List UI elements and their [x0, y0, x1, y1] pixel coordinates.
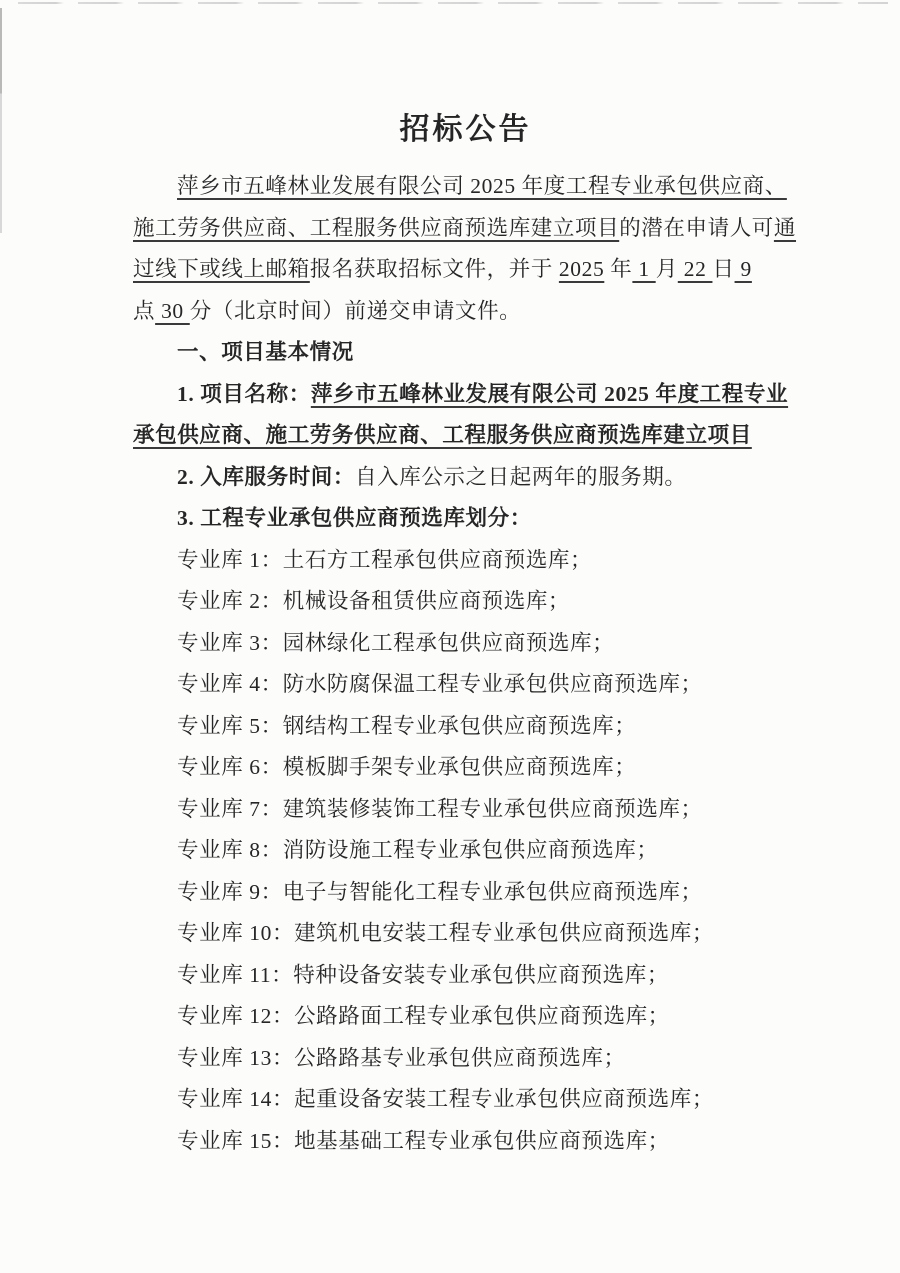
underlined-year-value: 2025	[559, 257, 604, 281]
page-title: 招标公告	[133, 108, 798, 152]
day-label: 日	[712, 257, 734, 281]
underlined-text: 通	[774, 216, 796, 240]
underlined-month-value: 1	[632, 257, 655, 281]
plain-text: 的潜在申请人可	[619, 216, 774, 240]
library-item: 专业库 10：建筑机电安装工程专业承包供应商预选库；	[133, 913, 798, 955]
underlined-day-value: 22	[678, 257, 713, 281]
month-label: 月	[656, 257, 678, 281]
library-item: 专业库 13：公路路基专业承包供应商预选库；	[133, 1038, 798, 1080]
intro-line-2: 施工劳务供应商、工程服务供应商预选库建立项目的潜在申请人可通	[133, 208, 798, 250]
year-label: 年	[604, 257, 632, 281]
underlined-hour-value: 9	[735, 257, 752, 281]
library-item: 专业库 5：钢结构工程专业承包供应商预选库；	[133, 706, 798, 748]
plain-text: 分（北京时间）前递交申请文件。	[190, 299, 522, 323]
item-label: 2. 入库服务时间：	[177, 465, 355, 489]
intro-line-1: 萍乡市五峰林业发展有限公司 2025 年度工程专业承包供应商、	[133, 166, 798, 208]
library-item: 专业库 14：起重设备安装工程专业承包供应商预选库；	[133, 1079, 798, 1121]
intro-line-3: 过线下或线上邮箱报名获取招标文件，并于 2025 年 1 月 22 日 9	[133, 249, 798, 291]
plain-text: 报名获取招标文件，并于	[310, 257, 559, 281]
library-item: 专业库 8：消防设施工程专业承包供应商预选库；	[133, 830, 798, 872]
section-heading: 一、项目基本情况	[133, 332, 798, 374]
library-item: 专业库 12：公路路面工程专业承包供应商预选库；	[133, 996, 798, 1038]
library-item: 专业库 4：防水防腐保温工程专业承包供应商预选库；	[133, 664, 798, 706]
document-content: 招标公告 萍乡市五峰林业发展有限公司 2025 年度工程专业承包供应商、 施工劳…	[133, 108, 798, 1162]
underlined-project-text: 萍乡市五峰林业发展有限公司 2025 年度工程专业承包供应商、	[177, 174, 787, 198]
underlined-project-name: 萍乡市五峰林业发展有限公司 2025 年度工程专业	[311, 382, 788, 406]
library-item: 专业库 2：机械设备租赁供应商预选库；	[133, 581, 798, 623]
scan-artifact-left-edge	[0, 8, 2, 233]
underlined-project-text: 施工劳务供应商、工程服务供应商预选库建立项目	[133, 216, 619, 240]
underlined-project-name: 承包供应商、施工劳务供应商、工程服务供应商预选库建立项目	[133, 423, 752, 447]
library-item: 专业库 1：土石方工程承包供应商预选库；	[133, 540, 798, 582]
item-project-name-line-1: 1. 项目名称：萍乡市五峰林业发展有限公司 2025 年度工程专业	[133, 374, 798, 416]
library-item: 专业库 15：地基基础工程专业承包供应商预选库；	[133, 1121, 798, 1163]
item-value: 自入库公示之日起两年的服务期。	[355, 465, 687, 489]
item-project-name-line-2: 承包供应商、施工劳务供应商、工程服务供应商预选库建立项目	[133, 415, 798, 457]
underlined-minute-value: 30	[155, 299, 190, 323]
scanned-document-page: 招标公告 萍乡市五峰林业发展有限公司 2025 年度工程专业承包供应商、 施工劳…	[0, 0, 900, 1273]
item-label: 1. 项目名称：	[177, 382, 311, 406]
library-item: 专业库 7：建筑装修装饰工程专业承包供应商预选库；	[133, 789, 798, 831]
library-item: 专业库 9：电子与智能化工程专业承包供应商预选库；	[133, 872, 798, 914]
underlined-text: 过线下或线上邮箱	[133, 257, 310, 281]
library-item: 专业库 11：特种设备安装专业承包供应商预选库；	[133, 955, 798, 997]
hour-label: 点	[133, 299, 155, 323]
item-service-period: 2. 入库服务时间：自入库公示之日起两年的服务期。	[133, 457, 798, 499]
item-library-division: 3. 工程专业承包供应商预选库划分：	[133, 498, 798, 540]
library-item: 专业库 3：园林绿化工程承包供应商预选库；	[133, 623, 798, 665]
scan-artifact-top-edge	[18, 2, 888, 4]
intro-line-4: 点 30 分（北京时间）前递交申请文件。	[133, 291, 798, 333]
library-item: 专业库 6：模板脚手架专业承包供应商预选库；	[133, 747, 798, 789]
